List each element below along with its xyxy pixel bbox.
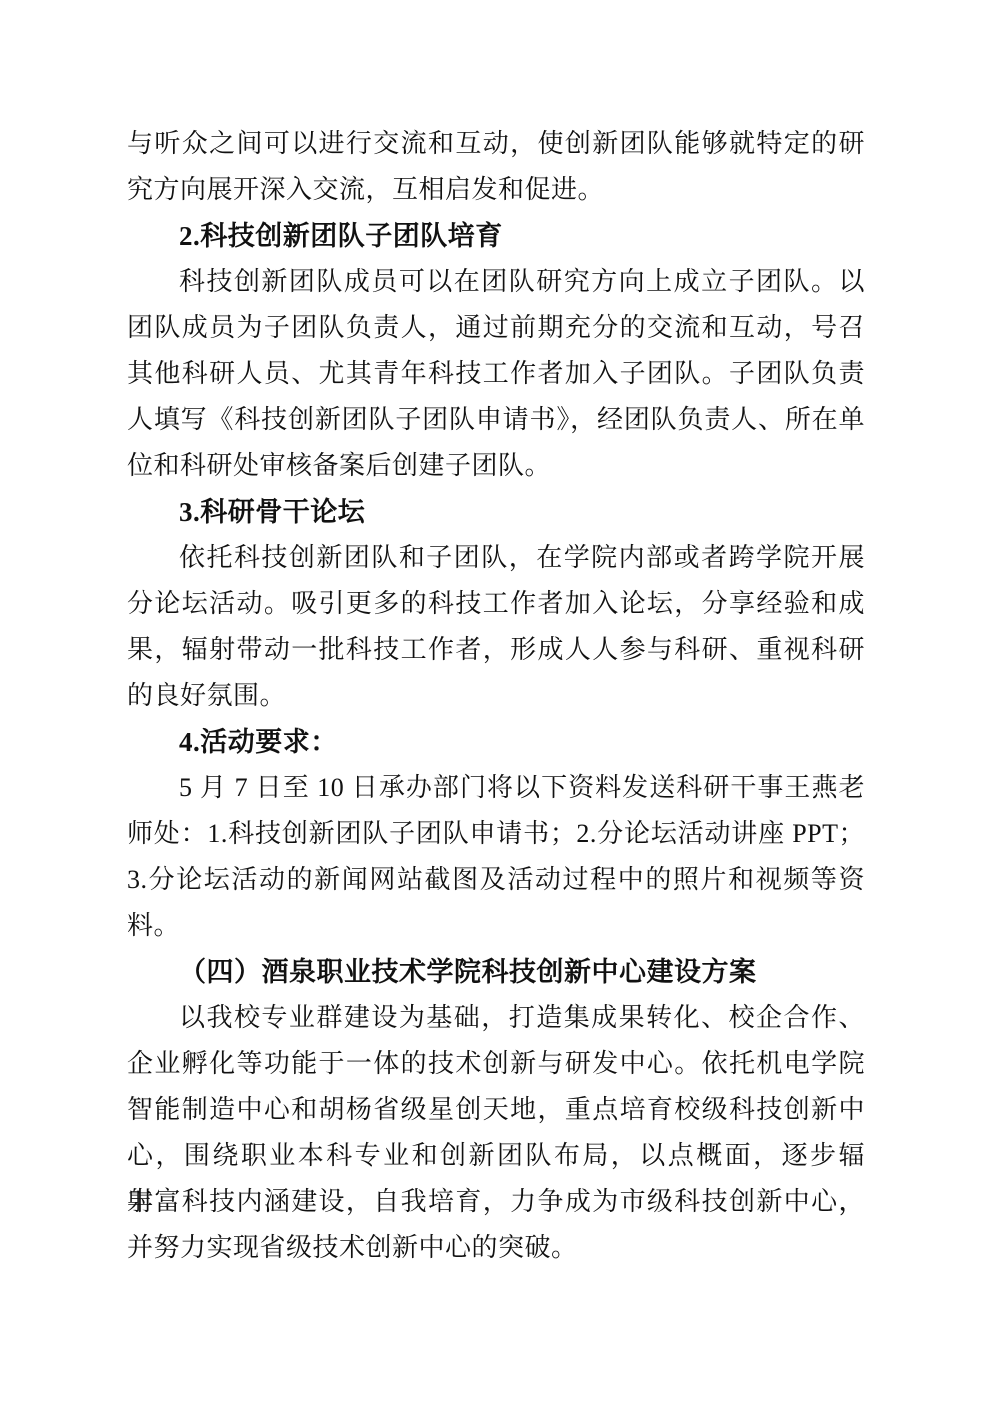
text-line: 智能制造中心和胡杨省级星创天地，重点培育校级科技创新中 [127,1087,865,1133]
heading-line: （四）酒泉职业技术学院科技创新中心建设方案 [127,949,865,995]
text-line: 团队成员为子团队负责人，通过前期充分的交流和互动，号召 [127,305,865,351]
text-line: 分论坛活动。吸引更多的科技工作者加入论坛，分享经验和成 [127,581,865,627]
text-line: 料。 [127,903,865,949]
text-line: 位和科研处审核备案后创建子团队。 [127,443,865,489]
heading-line: 3.科研骨干论坛 [127,489,865,535]
text-line: 的良好氛围。 [127,673,865,719]
text-line: 以我校专业群建设为基础，打造集成果转化、校企合作、 [127,995,865,1041]
text-line: 人填写《科技创新团队子团队申请书》，经团队负责人、所在单 [127,397,865,443]
document-body: 与听众之间可以进行交流和互动，使创新团队能够就特定的研究方向展开深入交流，互相启… [127,121,865,1271]
text-line: 果，辐射带动一批科技工作者，形成人人参与科研、重视科研 [127,627,865,673]
text-line: 科技创新团队成员可以在团队研究方向上成立子团队。以 [127,259,865,305]
text-line: 企业孵化等功能于一体的技术创新与研发中心。依托机电学院 [127,1041,865,1087]
text-line: 究方向展开深入交流，互相启发和促进。 [127,167,865,213]
text-line: 3.分论坛活动的新闻网站截图及活动过程中的照片和视频等资 [127,857,865,903]
text-line: 并努力实现省级技术创新中心的突破。 [127,1225,865,1271]
text-line: 与听众之间可以进行交流和互动，使创新团队能够就特定的研 [127,121,865,167]
text-line: 丰富科技内涵建设，自我培育，力争成为市级科技创新中心， [127,1179,865,1225]
heading-line: 4.活动要求： [127,719,865,765]
text-line: 心，围绕职业本科专业和创新团队布局，以点概面，逐步辐射， [127,1133,865,1179]
document-page: 与听众之间可以进行交流和互动，使创新团队能够就特定的研究方向展开深入交流，互相启… [0,0,1000,1414]
text-line: 师处：1.科技创新团队子团队申请书；2.分论坛活动讲座 PPT； [127,811,865,857]
text-line: 其他科研人员、尤其青年科技工作者加入子团队。子团队负责 [127,351,865,397]
text-line: 5 月 7 日至 10 日承办部门将以下资料发送科研干事王燕老 [127,765,865,811]
text-line: 依托科技创新团队和子团队，在学院内部或者跨学院开展 [127,535,865,581]
heading-line: 2.科技创新团队子团队培育 [127,213,865,259]
